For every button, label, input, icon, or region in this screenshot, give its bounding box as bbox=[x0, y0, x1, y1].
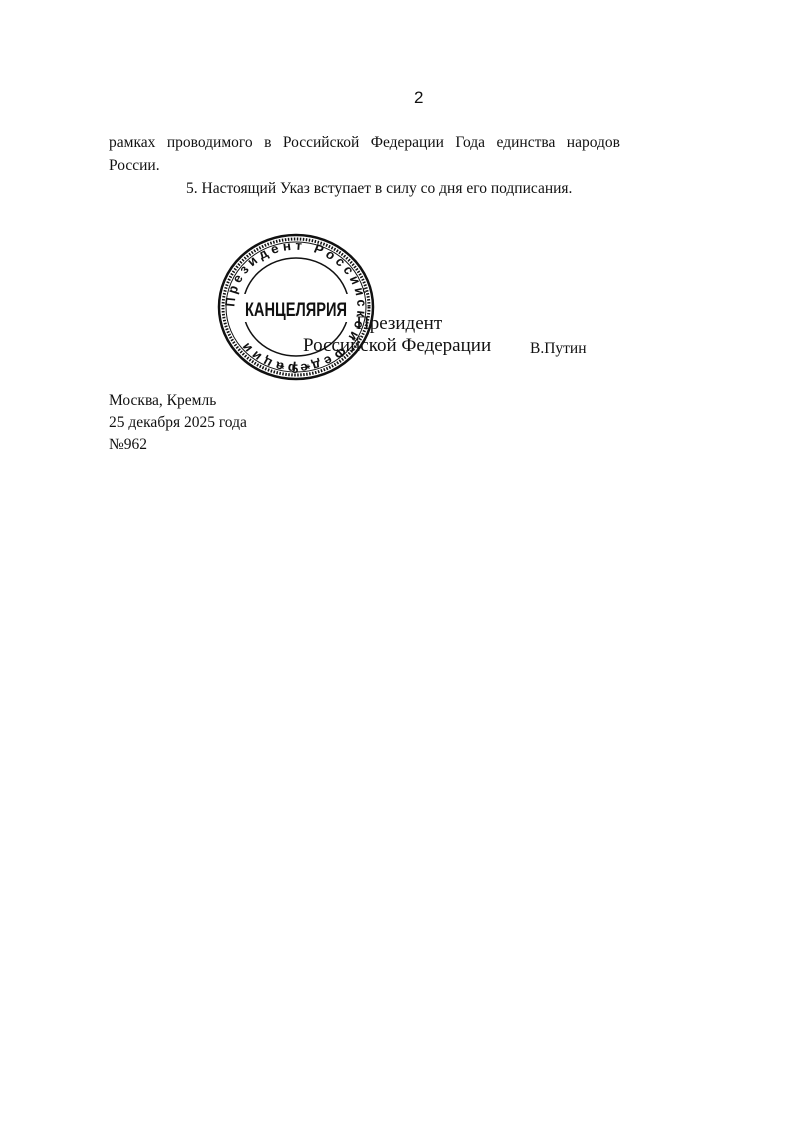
signing-date: 25 декабря 2025 года bbox=[109, 414, 247, 432]
stamp-center-text: КАНЦЕЛЯРИЯ bbox=[245, 300, 347, 321]
decree-number: №962 bbox=[109, 436, 147, 454]
stamp-seal-icon: Президент Российской Федерации * 5 * КАН… bbox=[216, 232, 376, 382]
stamp-bottom-text: * 5 * bbox=[280, 362, 313, 376]
body-text-line: России. bbox=[109, 157, 160, 175]
signatory-name: В.Путин bbox=[530, 340, 587, 358]
body-text-clause-5: 5. Настоящий Указ вступает в силу со дня… bbox=[186, 180, 572, 198]
page-number: 2 bbox=[414, 88, 423, 108]
official-stamp: Президент Российской Федерации * 5 * КАН… bbox=[216, 232, 376, 382]
place-of-signing: Москва, Кремль bbox=[109, 392, 216, 410]
body-text-line: рамках проводимого в Российской Федераци… bbox=[109, 134, 620, 152]
